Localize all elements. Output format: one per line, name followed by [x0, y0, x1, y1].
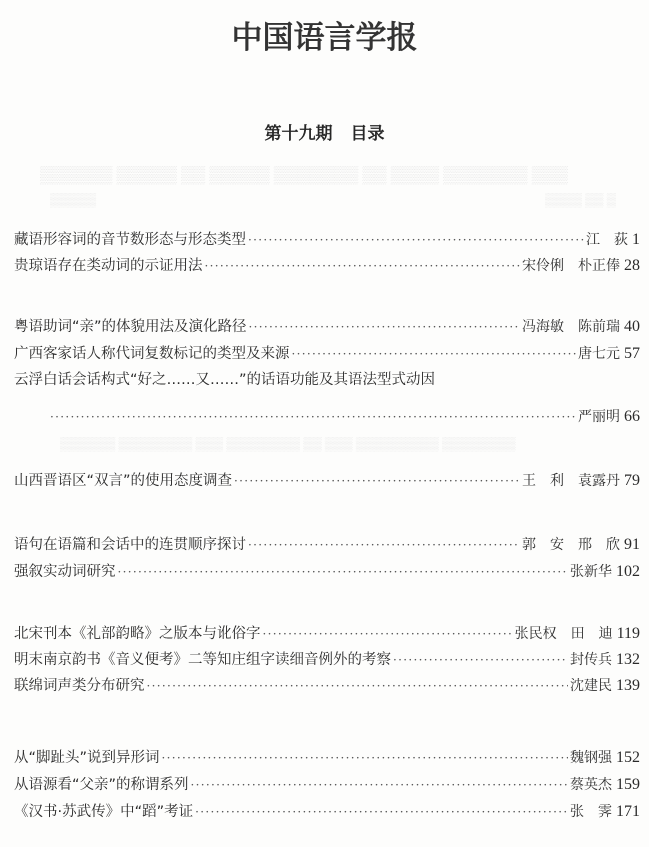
toc-entry[interactable]: 语句在语篇和会话中的连贯顺序探讨 郭 安 邢 欣 91	[14, 534, 640, 556]
article-authors: 蔡英杰	[570, 774, 612, 796]
page-number: 79	[624, 470, 640, 492]
article-authors: 唐七元	[578, 343, 620, 365]
toc-entry[interactable]: 山西晋语区“双言”的使用态度调查 王 利 袁露丹 79	[14, 470, 640, 492]
issue-number: 第十九期	[265, 124, 333, 144]
dot-leader	[205, 255, 521, 277]
dot-leader	[248, 229, 584, 251]
article-title: 语句在语篇和会话中的连贯顺序探讨	[14, 534, 246, 556]
issue-heading: 第十九期目录	[0, 119, 649, 144]
dot-leader	[195, 801, 568, 823]
contents-label: 目录	[351, 124, 385, 144]
toc-entry[interactable]: 联绵词声类分布研究 沈建民 139	[14, 675, 640, 697]
article-title: 粤语助词“亲”的体貌用法及演化路径	[14, 316, 247, 338]
article-title: 藏语形容词的音节数形态与形态类型	[14, 229, 246, 251]
dot-leader	[50, 406, 576, 428]
article-authors: 张 霁	[570, 801, 612, 823]
article-authors: 江 荻	[586, 229, 628, 251]
toc-entry[interactable]: 粤语助词“亲”的体貌用法及演化路径 冯海敏 陈前瑞 40	[14, 316, 640, 338]
article-authors: 严丽明	[578, 406, 620, 428]
article-authors: 封传兵	[570, 649, 612, 671]
dot-leader	[263, 623, 513, 645]
page-number: 171	[616, 801, 640, 823]
article-authors: 冯海敏 陈前瑞	[522, 316, 620, 338]
toc-entry[interactable]: 明末南京韵书《音义便考》二等知庄组字读细音例外的考察 封传兵 132	[14, 649, 640, 671]
toc-entry[interactable]: 藏语形容词的音节数形态与形态类型 江 荻 1	[14, 229, 640, 251]
article-title: 强叙实动词研究	[14, 561, 116, 583]
bleed-through-text: ▒▒▒▒▒	[50, 192, 96, 208]
article-title: 联绵词声类分布研究	[14, 675, 145, 697]
page-number: 152	[616, 747, 640, 769]
dot-leader	[292, 343, 577, 365]
article-title: 明末南京韵书《音义便考》二等知庄组字读细音例外的考察	[14, 649, 391, 671]
toc-entry-continuation[interactable]: 严丽明 66	[14, 406, 640, 428]
toc-entry[interactable]: 北宋刊本《礼部韵略》之版本与讹俗字 张民权 田 迪 119	[14, 623, 640, 645]
dot-leader	[191, 774, 568, 796]
article-title: 从语源看“父亲”的称谓系列	[14, 774, 189, 796]
page-number: 1	[632, 229, 640, 251]
bleed-through-text: ▒▒▒▒▒▒ ▒▒▒▒▒ ▒▒ ▒▒▒▒▒ ▒▒▒▒▒▒▒ ▒▒ ▒▒▒▒ ▒▒…	[40, 165, 568, 185]
article-title: 北宋刊本《礼部韵略》之版本与讹俗字	[14, 623, 261, 645]
dot-leader	[162, 747, 568, 769]
article-authors: 张新华	[570, 561, 612, 583]
toc-entry[interactable]: 从“脚趾头”说到异形词 魏钢强 152	[14, 747, 640, 769]
article-title: 云浮白话会话构式“好之……又……”的话语功能及其语法型式动因	[14, 369, 435, 391]
toc-entry[interactable]: 贵琼语存在类动词的示证用法 宋伶俐 朴正俸 28	[14, 255, 640, 277]
page-number: 91	[624, 534, 640, 556]
article-authors: 魏钢强	[570, 747, 612, 769]
toc-entry-title-line[interactable]: 云浮白话会话构式“好之……又……”的话语功能及其语法型式动因	[14, 369, 640, 391]
article-authors: 郭 安 邢 欣	[522, 534, 620, 556]
page-number: 66	[624, 406, 640, 428]
article-title: 《汉书·苏武传》中“蹈”考证	[14, 801, 193, 823]
page-number: 132	[616, 649, 640, 671]
toc-entry[interactable]: 《汉书·苏武传》中“蹈”考证 张 霁 171	[14, 801, 640, 823]
article-authors: 宋伶俐 朴正俸	[522, 255, 620, 277]
toc-entry[interactable]: 强叙实动词研究 张新华 102	[14, 561, 640, 583]
page-number: 139	[616, 675, 640, 697]
article-title: 贵琼语存在类动词的示证用法	[14, 255, 203, 277]
article-authors: 沈建民	[570, 675, 612, 697]
page-number: 57	[624, 343, 640, 365]
page-number: 159	[616, 774, 640, 796]
article-authors: 王 利 袁露丹	[522, 470, 620, 492]
dot-leader	[249, 316, 520, 338]
dot-leader	[147, 675, 569, 697]
dot-leader	[248, 534, 520, 556]
page-number: 40	[624, 316, 640, 338]
article-title: 山西晋语区“双言”的使用态度调查	[14, 470, 232, 492]
article-title: 从“脚趾头”说到异形词	[14, 747, 160, 769]
toc-entry[interactable]: 广西客家话人称代词复数标记的类型及来源 唐七元 57	[14, 343, 640, 365]
toc-entry[interactable]: 从语源看“父亲”的称谓系列 蔡英杰 159	[14, 774, 640, 796]
bleed-through-text: ▒▒▒▒ ▒▒ ▒	[545, 192, 616, 208]
page-number: 28	[624, 255, 640, 277]
dot-leader	[234, 470, 520, 492]
journal-title: 中国语言学报	[0, 12, 649, 57]
page-number: 119	[617, 623, 640, 645]
article-authors: 张民权 田 迪	[515, 623, 613, 645]
article-title: 广西客家话人称代词复数标记的类型及来源	[14, 343, 290, 365]
page-number: 102	[616, 561, 640, 583]
bleed-through-text: ▒▒▒▒▒▒ ▒▒▒▒▒▒▒▒ ▒▒▒ ▒▒▒▒▒▒▒▒ ▒▒ ▒▒▒ ▒▒▒▒…	[60, 436, 516, 452]
dot-leader	[393, 649, 568, 671]
dot-leader	[118, 561, 569, 583]
